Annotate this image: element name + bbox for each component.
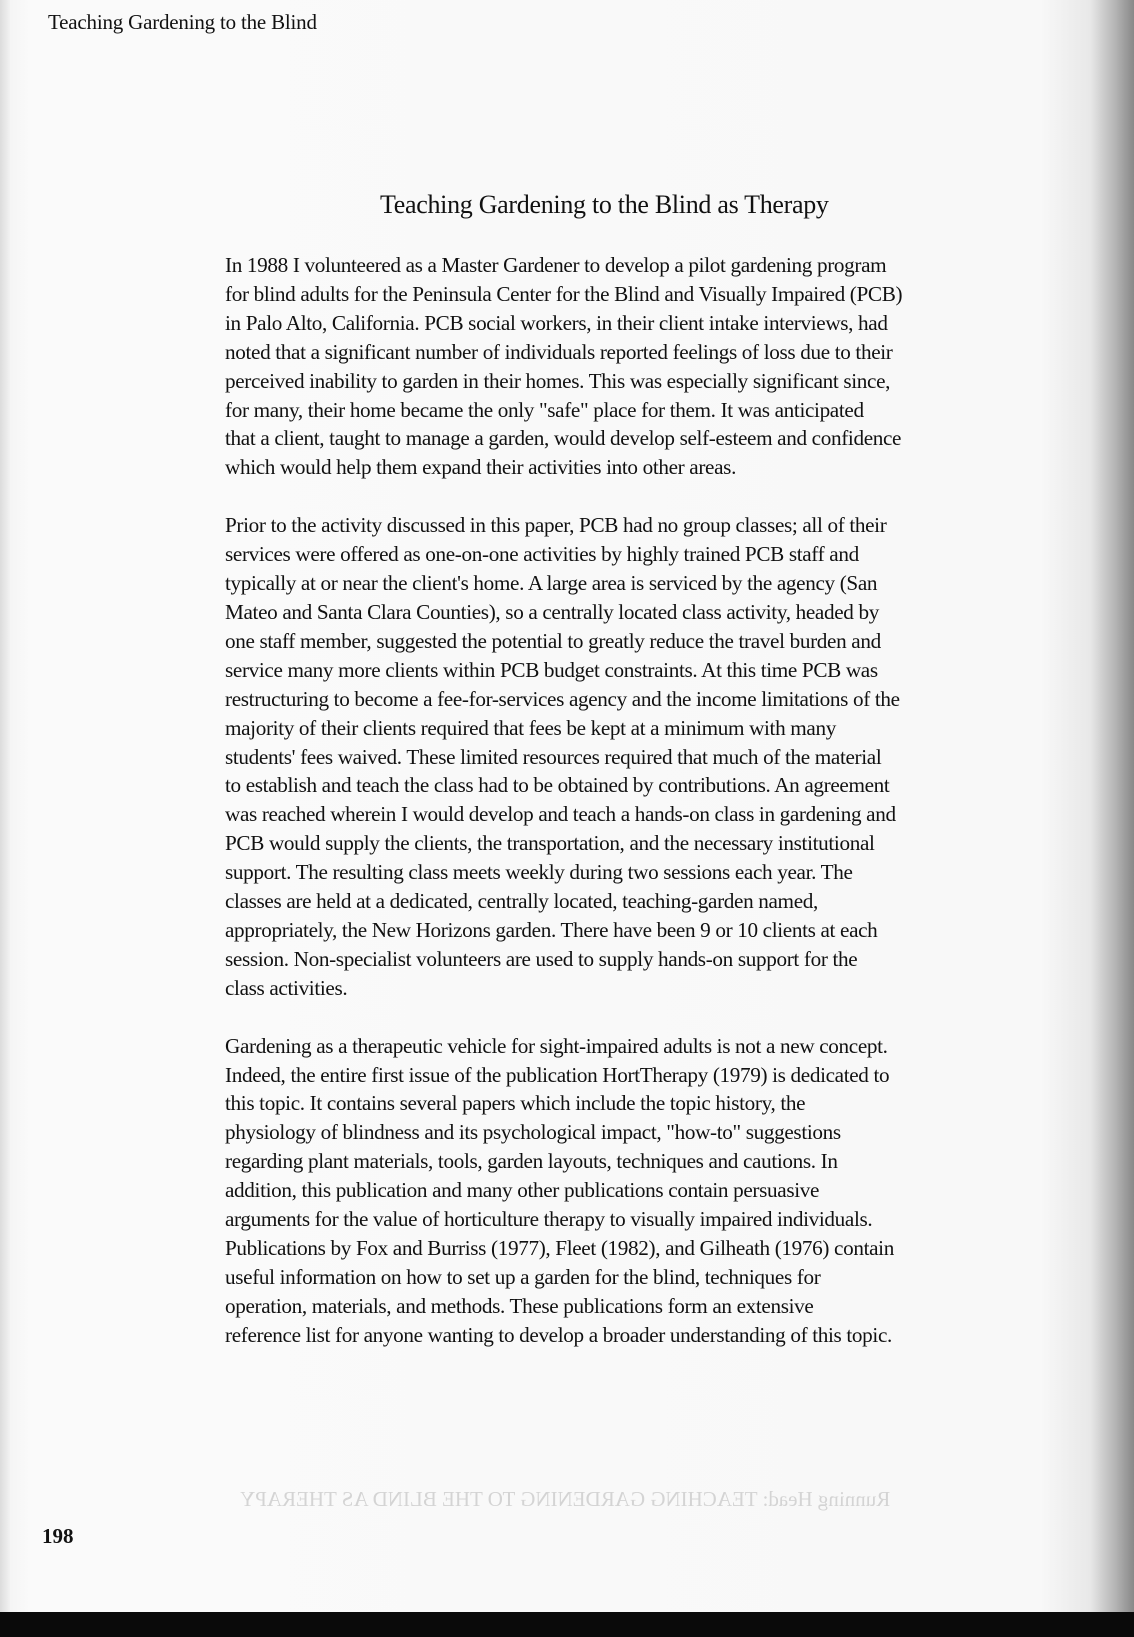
page-number: 198 xyxy=(42,1524,74,1549)
running-header: Teaching Gardening to the Blind xyxy=(48,10,317,35)
scanned-page: Teaching Gardening to the Blind Teaching… xyxy=(0,0,1134,1612)
paragraph-1: In 1988 I volunteered as a Master Garden… xyxy=(225,251,1045,482)
scanner-bottom-edge xyxy=(0,1612,1134,1637)
bleed-through-text: Running Head: TEACHING GARDENING TO THE … xyxy=(240,1487,890,1512)
paragraph-2: Prior to the activity discussed in this … xyxy=(225,511,1045,1002)
article-title: Teaching Gardening to the Blind as Thera… xyxy=(380,190,829,220)
article-body: In 1988 I volunteered as a Master Garden… xyxy=(225,251,1045,1379)
paragraph-3: Gardening as a therapeutic vehicle for s… xyxy=(225,1032,1045,1350)
page-binding-edge xyxy=(0,0,10,1612)
